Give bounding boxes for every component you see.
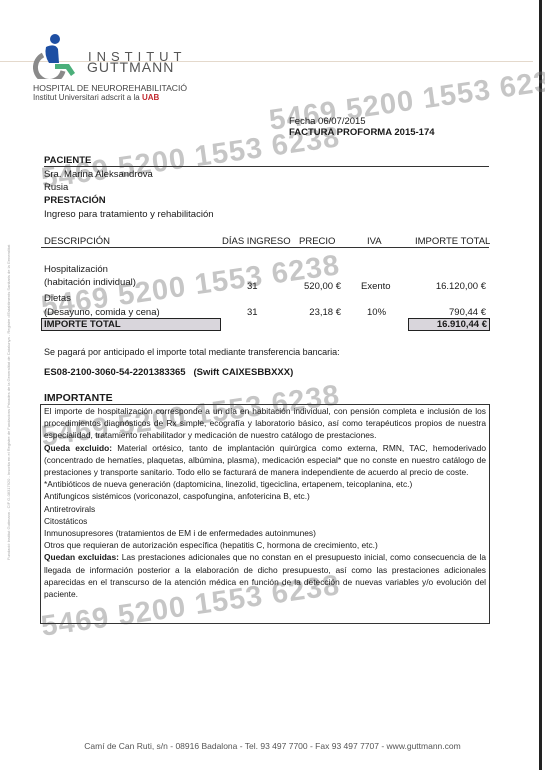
table-header-rule <box>41 247 489 248</box>
col-days: DÍAS INGRESO <box>222 236 291 247</box>
row-price: 23,18 € <box>280 307 341 318</box>
row-desc-detail: (habitación individual) <box>44 277 136 288</box>
row-desc-detail: (Desayuno, comida y cena) <box>44 307 160 318</box>
patient-country: Rusia <box>44 182 68 193</box>
patient-label: PACIENTE <box>44 155 91 166</box>
row-days: 31 <box>247 307 258 318</box>
row-iva: Exento <box>361 281 391 292</box>
invoice-number: FACTURA PROFORMA 2015-174 <box>289 127 435 138</box>
footer-address: Camí de Can Ruti, s/n - 08916 Badalona -… <box>0 741 545 751</box>
row-days: 31 <box>247 281 258 292</box>
invoice-date: Fecha 06/07/2015 <box>289 116 366 127</box>
row-desc: Dietas <box>44 293 71 304</box>
invoice-page: INSTITUT GUTTMANN HOSPITAL DE NEUROREHAB… <box>0 0 545 770</box>
row-price: 520,00 € <box>280 281 341 292</box>
list-item: Antiretrovirals <box>41 503 489 515</box>
payment-note: Se pagará por anticipado el importe tota… <box>44 347 340 357</box>
list-item: Otros que requieran de autorización espe… <box>41 539 489 551</box>
row-total: 16.120,00 € <box>400 281 486 292</box>
uab-label: UAB <box>142 93 159 102</box>
exclusion-paragraph: Queda excluido: Material ortésico, tanto… <box>41 442 489 479</box>
university-text: Institut Universitari adscrit a la <box>33 93 140 102</box>
service-label: PRESTACIÓN <box>44 195 106 206</box>
row-desc: Hospitalización <box>44 264 108 275</box>
service-description: Ingreso para tratamiento y rehabilitació… <box>44 209 214 220</box>
patient-name: Sra. Marina Aleksandrova <box>44 169 153 180</box>
university-line: Institut Universitari adscrit a la UAB <box>33 93 159 102</box>
divider <box>44 166 489 167</box>
important-box: El importe de hospitalización correspond… <box>40 404 490 624</box>
hospital-name: HOSPITAL DE NEUROREHABILITACIÓ <box>33 83 187 93</box>
col-description: DESCRIPCIÓN <box>44 236 110 247</box>
page-edge <box>539 0 542 770</box>
list-item: Citostáticos <box>41 515 489 527</box>
total-value: 16.910,44 € <box>408 318 490 331</box>
guttmann-logo-icon <box>33 33 83 79</box>
important-title: IMPORTANTE <box>44 392 113 404</box>
col-price: PRECIO <box>299 236 335 247</box>
list-item: Inmunosupresores (tratamientos de EM i d… <box>41 527 489 539</box>
bank-account: ES08-2100-3060-54-2201383365 (Swift CAIX… <box>44 367 293 378</box>
list-item: *Antibióticos de nueva generación (dapto… <box>41 478 489 490</box>
col-iva: IVA <box>367 236 382 247</box>
row-total: 790,44 € <box>400 307 486 318</box>
row-iva: 10% <box>367 307 386 318</box>
brand-guttmann: GUTTMANN <box>87 59 174 75</box>
col-total: IMPORTE TOTAL <box>415 236 490 247</box>
list-item: Antifungicos sistémicos (voriconazol, ca… <box>41 490 489 502</box>
important-paragraph: El importe de hospitalización correspond… <box>41 405 489 442</box>
exclusion-label: Queda excluido: <box>44 443 112 453</box>
exclusion2-label: Quedan excluidas: <box>44 552 119 562</box>
exclusion2-paragraph: Quedan excluidas: Las prestaciones adici… <box>41 551 489 600</box>
legal-side-text: Fundació Institut Guttmann - CIF G-08317… <box>6 180 11 560</box>
total-label: IMPORTE TOTAL <box>41 318 221 331</box>
